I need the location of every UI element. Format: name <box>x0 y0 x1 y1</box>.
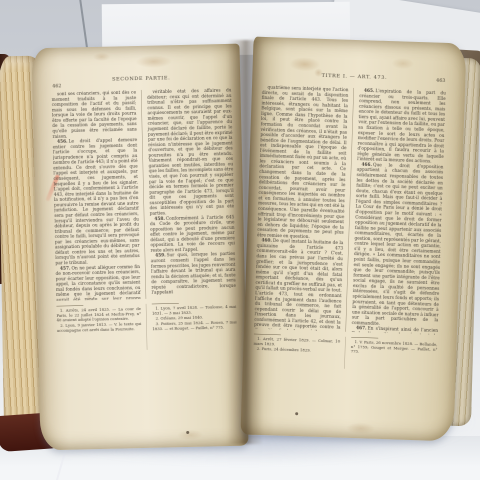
paragraph: 458.Conformément à l'article 645 du Code… <box>150 215 235 254</box>
paragraph: 460.De quel instant la huitaine de la qu… <box>254 238 343 335</box>
backdrop-edge-line <box>79 0 88 52</box>
paragraph: 459.Sur quoi, lorsque les parties auront… <box>151 252 236 296</box>
paragraph: quatrième sera interjeté que l'action di… <box>257 85 349 241</box>
left-page-footnotes: 1. Arrêts, 24 avril 1825. — La cour de P… <box>56 302 237 352</box>
footnote: 1. V. Paris, 26 novembre 1828. — Belland… <box>351 339 438 356</box>
paragraph: sont ses créanciers, qui sont dès ce mom… <box>51 90 137 139</box>
left-page-column-2: véritable état des affaires du débiteur;… <box>141 88 236 299</box>
footnote-rule <box>254 334 281 335</box>
footnote-column: 1. Arrêts, 24 avril 1825. — La cour de P… <box>56 304 142 352</box>
paragraph: 457.On ne peut alléguer comme fin de non… <box>55 264 141 301</box>
footnote-rule <box>152 303 179 304</box>
left-page-content: 462 SECONDE PARTIE. sont ses créanciers,… <box>51 74 239 442</box>
right-page-columns: quatrième sera interjeté que l'action di… <box>254 85 446 335</box>
right-page-footnotes: 1. Arrêt, 27 février 1829. — Colmar, 10 … <box>253 334 438 372</box>
paragraph: 466.Que le droit d'opposition appartient… <box>352 162 444 328</box>
left-page-number: 462 <box>52 83 61 89</box>
footnote: 2. Lyon, 9 janvier 1813. — V. le texte q… <box>57 322 142 334</box>
photo-open-antique-book: 462 SECONDE PARTIE. sont ses créanciers,… <box>0 0 480 480</box>
paragraph: 456.Le droit d'appel demeure entier cont… <box>53 138 140 267</box>
left-page-column-1: sont ses créanciers, qui sont dès ce mom… <box>51 90 140 301</box>
right-page-column-2: 465.L'expiration de la part du créancier… <box>345 88 446 335</box>
footnote: 3. Poitiers, 25 mai 1824. — Rouen, 7 mai… <box>152 320 237 332</box>
right-page-content: TITRE I. — ART. 473. 463 quatrième sera … <box>251 71 447 433</box>
footnote: 1. Arrêts, 24 avril 1825. — La cour de P… <box>56 306 141 322</box>
paragraph: véritable état des affaires du débiteur;… <box>147 88 234 217</box>
footnote-column: 1. Arrêt, 27 février 1829. — Colmar, 10 … <box>253 334 341 369</box>
paragraph: 465.L'expiration de la part du créancier… <box>357 88 446 165</box>
left-page-columns: sont ses créanciers, qui sont dès ce mom… <box>51 88 236 301</box>
right-page-column-1: quatrième sera interjeté que l'action di… <box>254 85 349 332</box>
left-page-header: SECONDE PARTIE. <box>51 74 231 84</box>
footnote-rule <box>56 305 83 306</box>
right-page-number: 463 <box>436 78 445 84</box>
footnote-column: 1. Lyon, 7 avril 1828. — Toulouse, 4 mai… <box>146 302 238 350</box>
right-page: TITRE I. — ART. 473. 463 quatrième sera … <box>240 37 466 442</box>
right-page-header: TITRE I. — ART. 473. <box>262 71 446 83</box>
footnote-column: 1. V. Paris, 26 novembre 1828. — Belland… <box>344 337 438 372</box>
left-page: 462 SECONDE PARTIE. sont ses créanciers,… <box>31 44 248 451</box>
footnote-rule <box>351 337 378 338</box>
